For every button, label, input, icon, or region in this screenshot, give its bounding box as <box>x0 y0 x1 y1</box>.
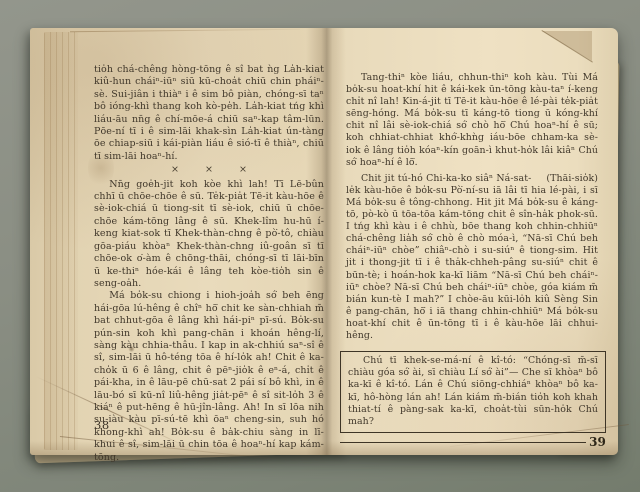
page-number-left: 38 <box>94 418 110 432</box>
framed-quote-box: Chú tī khek-se-má-ní ê kî-tó: “Chóng-sī … <box>340 351 606 433</box>
paragraph: Nn̄g goe̍h-jit koh kòe khì lah! Tī Lē-bû… <box>94 179 324 291</box>
page-edge-crease <box>70 29 300 32</box>
book-spread: tio̍h chá-chêng hòng-tōng ê sî bat ǹg La… <box>30 28 618 455</box>
paragraph: tio̍h chá-chêng hòng-tōng ê sî bat ǹg La… <box>94 64 324 163</box>
paragraph: Má bo̍k-su chiong i hioh-joa̍h só͘ beh ē… <box>94 290 324 464</box>
paragraph: (Thāi-sio̍k)Chit jit tú-hó Chi-ka-ko siâ… <box>346 173 598 342</box>
horizontal-rule <box>340 442 586 443</box>
footer-rule: 39 <box>340 436 606 448</box>
continued-note: (Thāi-sio̍k) <box>531 173 598 185</box>
right-page-text-column: Tang-thiⁿ kòe liáu, chhun-thiⁿ koh kàu. … <box>346 72 598 448</box>
page-number-right: 39 <box>589 436 606 448</box>
paragraph: Tang-thiⁿ kòe liáu, chhun-thiⁿ koh kàu. … <box>346 72 598 169</box>
paragraph-text: Chit jit tú-hó Chi-ka-ko siâⁿ Ná-sat-le̍… <box>346 173 598 341</box>
quote-text: Chú tī khek-se-má-ní ê kî-tó: “Chóng-sī … <box>348 355 598 428</box>
photo-of-open-book: tio̍h chá-chêng hòng-tōng ê sî bat ǹg La… <box>0 0 640 492</box>
section-separator: × × × <box>94 164 324 176</box>
left-page-text-column: tio̍h chá-chêng hòng-tōng ê sî bat ǹg La… <box>94 64 324 464</box>
